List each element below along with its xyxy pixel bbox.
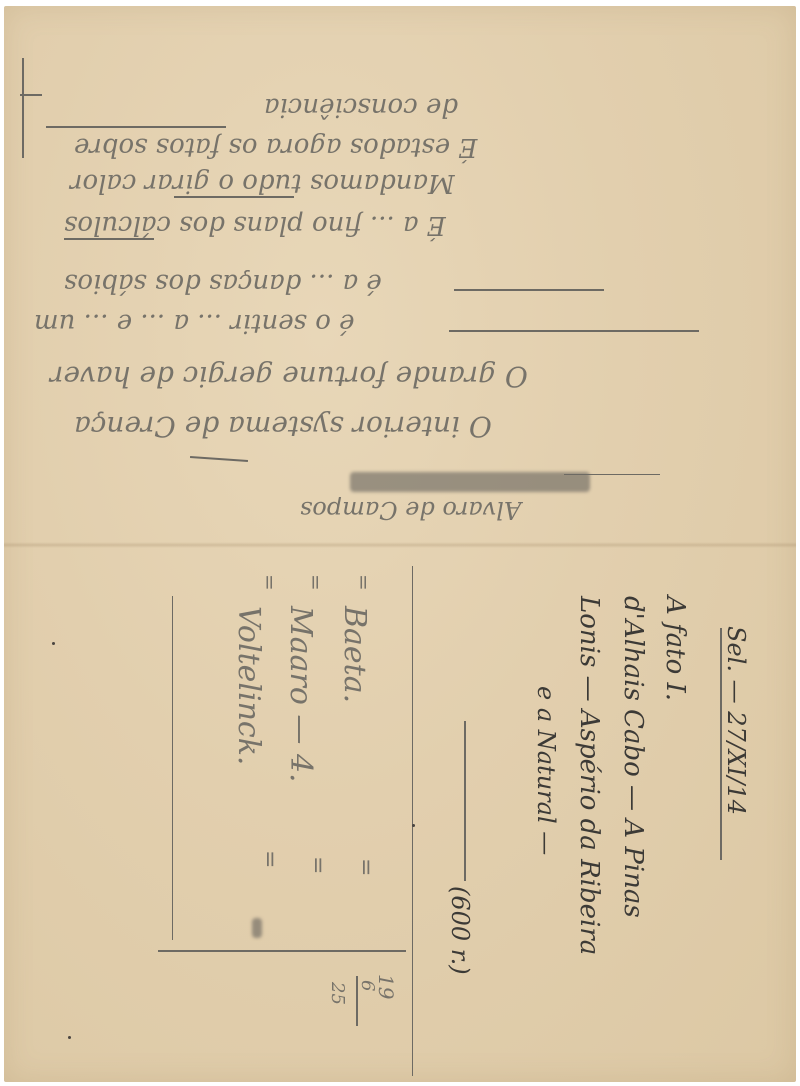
manuscript-page: de consciência É estados agora os fatos … xyxy=(4,6,796,1082)
list-item-2: Maaro — 4. xyxy=(283,606,318,783)
lower-entry-2: Lonis — Aspério da Ribeira xyxy=(574,596,604,955)
vertical-divider xyxy=(412,566,413,1076)
ink-spot xyxy=(68,1036,71,1039)
lower-entry-1: d'Alhais Cabo — A Pinas xyxy=(618,596,648,918)
fraction-middle: 6 xyxy=(357,980,378,991)
upper-line-4: é a ... danças dos sábios xyxy=(64,268,382,298)
lower-date: Sel. — 27/XI/14 xyxy=(722,626,750,815)
ditto-mark: = xyxy=(352,574,376,591)
upper-line-2: O grande fortune gergic de haver xyxy=(50,360,528,393)
ditto-mark: = xyxy=(353,858,378,876)
upper-line-8: de consciência xyxy=(264,92,458,122)
lower-title: A fato I. xyxy=(660,596,690,701)
margin-mark-horizontal xyxy=(20,94,42,96)
ditto-smudge xyxy=(252,918,262,938)
underline xyxy=(174,196,294,198)
ink-spot xyxy=(412,824,415,827)
entry-rule xyxy=(464,721,466,881)
fraction-denominator: 25 xyxy=(327,982,348,1005)
list-item-1: Baeta. xyxy=(337,606,372,703)
ditto-mark: = xyxy=(305,856,330,874)
underline xyxy=(449,330,699,332)
underline xyxy=(454,289,604,291)
underline xyxy=(46,126,226,128)
date-rule xyxy=(720,628,722,860)
fraction-bar xyxy=(356,976,358,1026)
list-box-bottom xyxy=(158,950,406,952)
margin-mark-vertical xyxy=(22,58,24,158)
ditto-mark: = xyxy=(258,574,282,591)
underline xyxy=(190,456,248,462)
heading-rule xyxy=(564,474,660,475)
upper-heading: Alvaro de Campos xyxy=(300,496,521,524)
list-box-left xyxy=(172,596,173,940)
lower-entry-4: (600 r.) xyxy=(446,886,474,975)
upper-line-5: É a ... fino plans dos cálculos xyxy=(64,210,446,240)
upper-line-1: O interior systema de Crença xyxy=(74,410,492,443)
page-fold xyxy=(4,542,796,548)
upper-line-3: é o sentir ... a ... e ... um xyxy=(34,308,355,338)
lower-entry-3: e a Natural — xyxy=(532,686,560,855)
ink-spot xyxy=(52,642,55,645)
ditto-mark: = xyxy=(304,574,328,591)
scribble-smudge xyxy=(350,472,590,492)
list-item-3: Voltelinck. xyxy=(231,606,266,765)
upper-line-6: Mandamos tudo o girar calor xyxy=(70,168,455,198)
ditto-mark: = xyxy=(257,850,282,868)
upper-line-7: É estados agora os fatos sobre xyxy=(74,132,477,162)
